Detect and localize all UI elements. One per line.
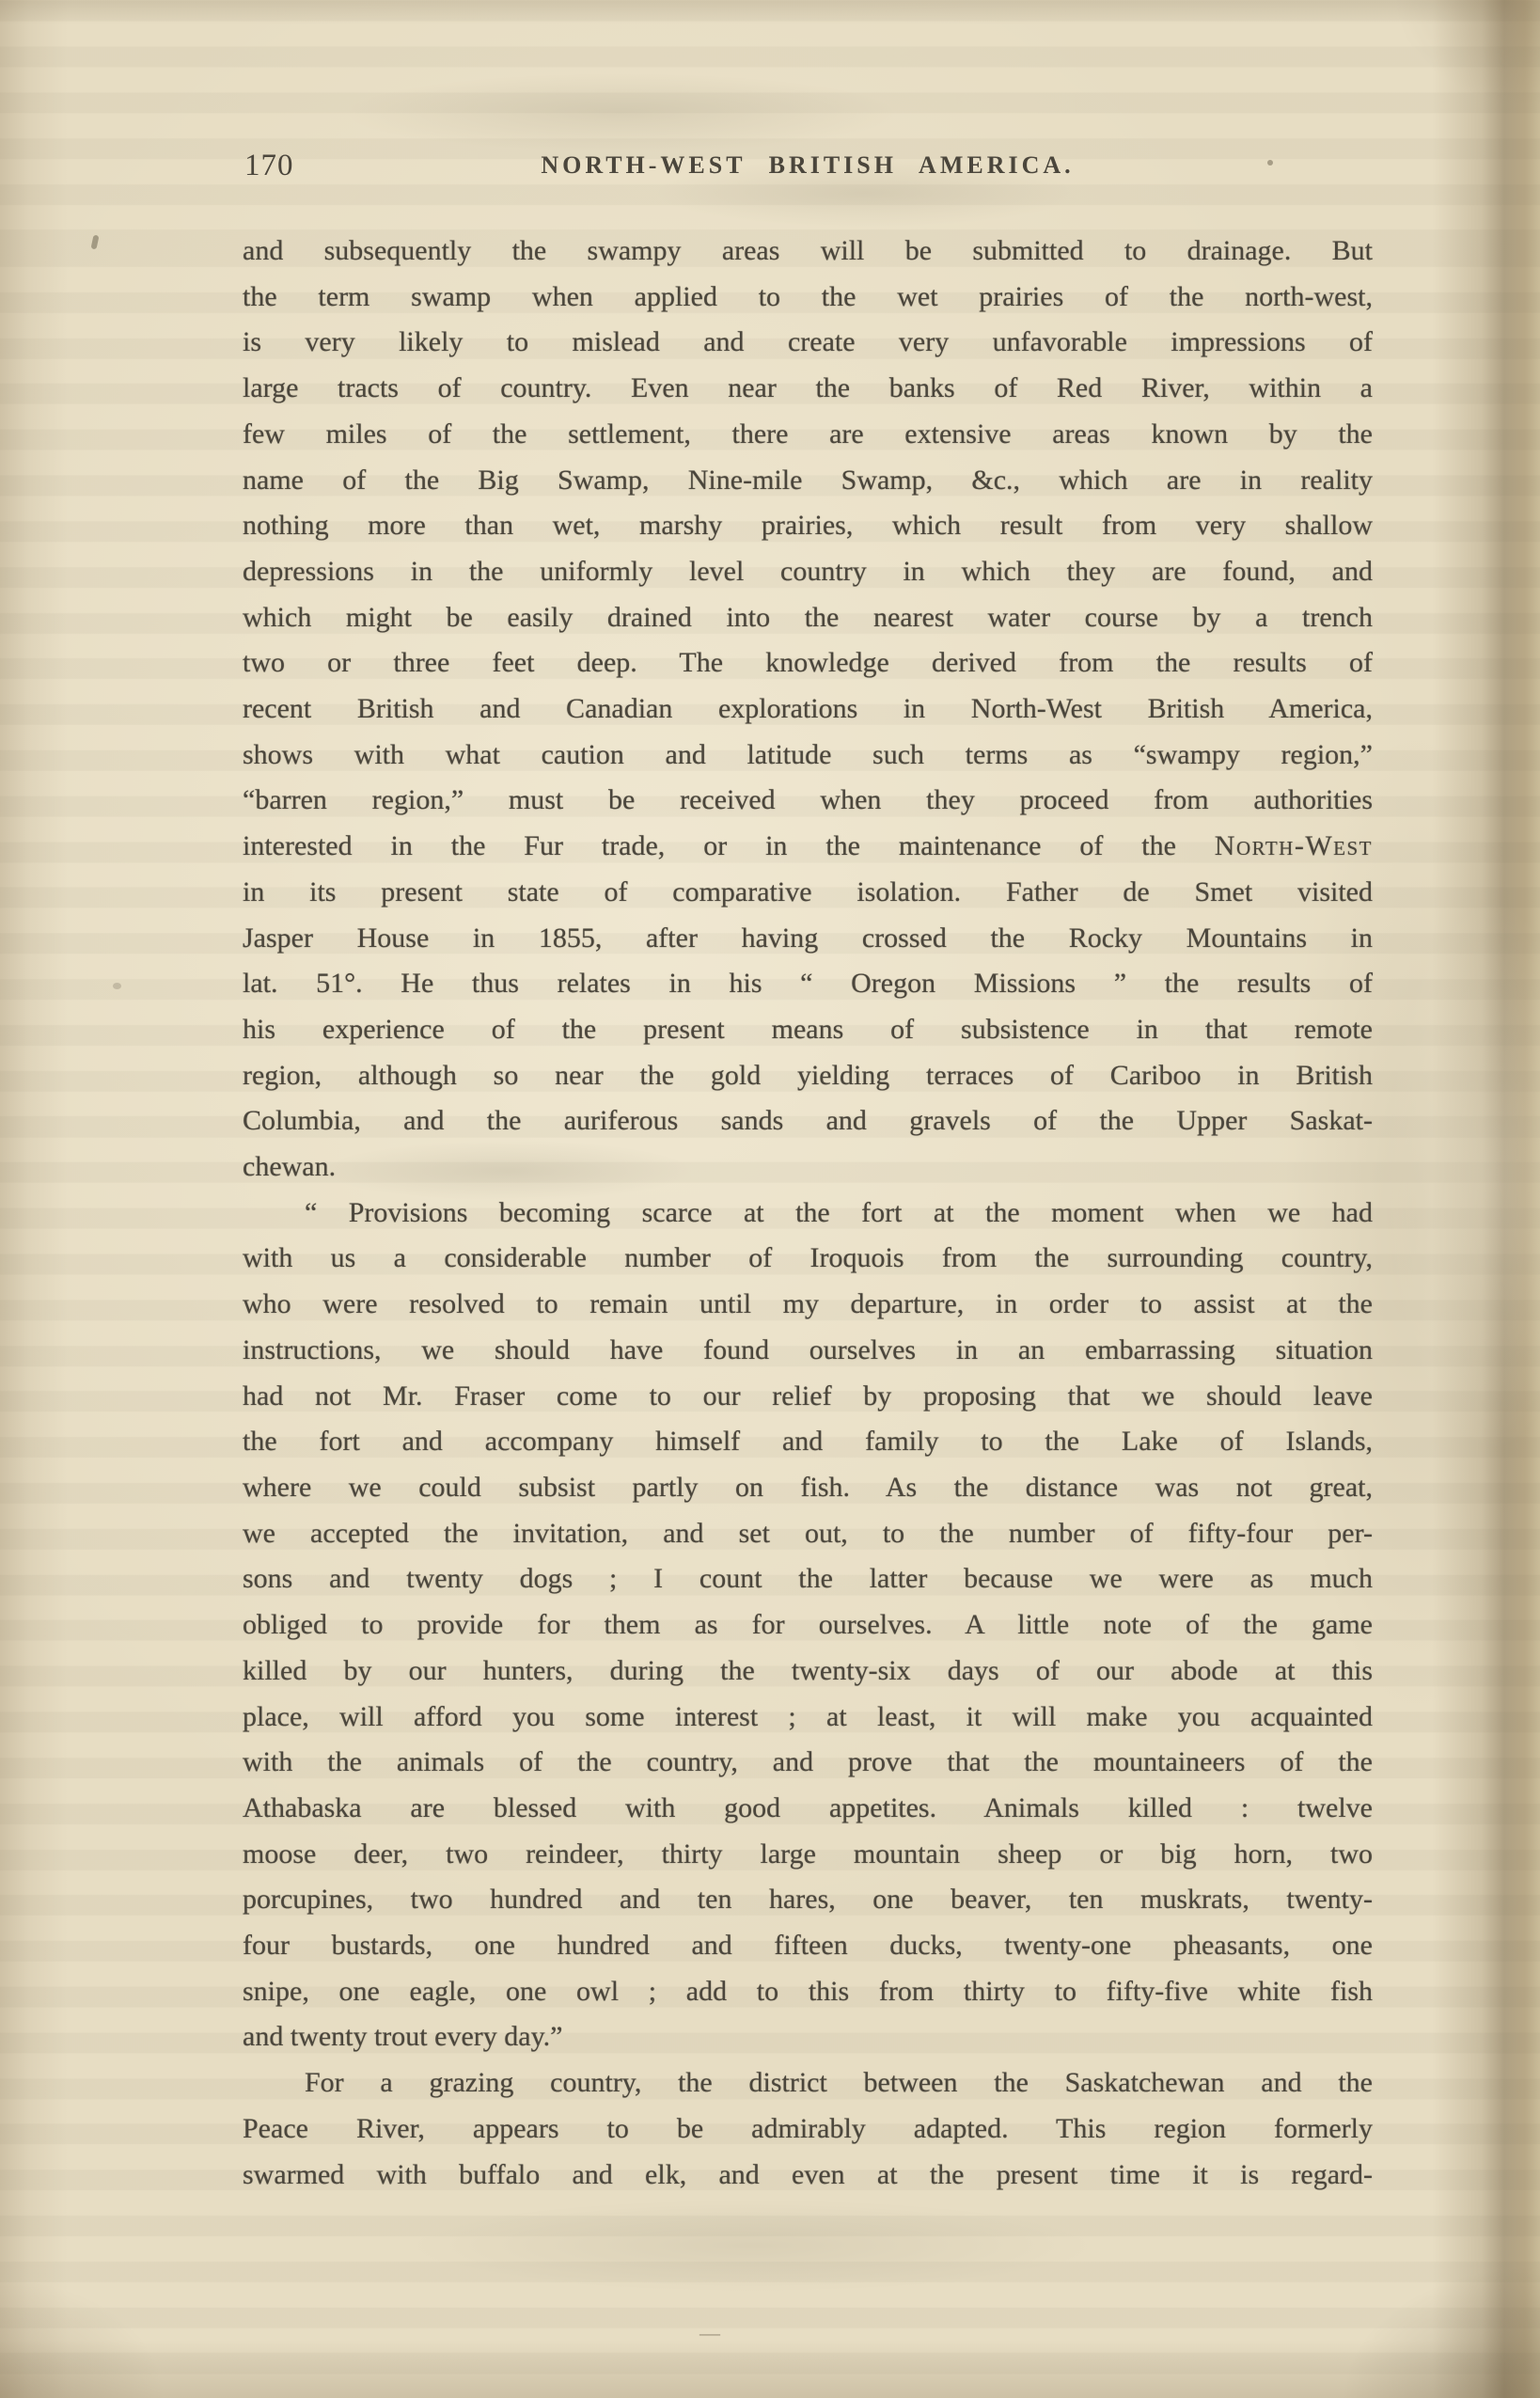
text-line: is very likely to mislead and create ver…	[243, 320, 1373, 366]
text-line: Athabaska are blessed with good appetite…	[243, 1786, 1373, 1832]
book-page: 170 NORTH-WEST BRITISH AMERICA. and subs…	[0, 0, 1540, 2398]
running-title: NORTH-WEST BRITISH AMERICA.	[243, 147, 1373, 180]
text-line: recent British and Canadian explorations…	[243, 686, 1373, 733]
text-line: snipe, one eagle, one owl ; add to this …	[243, 1969, 1373, 2015]
text-line: moose deer, two reindeer, thirty large m…	[243, 1832, 1373, 1878]
text-line: where we could subsist partly on fish. A…	[243, 1465, 1373, 1511]
text-line: large tracts of country. Even near the b…	[243, 366, 1373, 412]
text-line: obliged to provide for them as for ourse…	[243, 1602, 1373, 1649]
page-number: 170	[244, 149, 294, 183]
ink-speck	[113, 983, 121, 989]
text-line: For a grazing country, the district betw…	[243, 2060, 1373, 2106]
text-line: sons and twenty dogs ; I count the latte…	[243, 1556, 1373, 1602]
text-line: with the animals of the country, and pro…	[243, 1740, 1373, 1786]
bottom-mark: —	[699, 2321, 720, 2345]
text-line: swarmed with buffalo and elk, and even a…	[243, 2153, 1373, 2199]
text-line: four bustards, one hundred and fifteen d…	[243, 1923, 1373, 1969]
text-line: two or three feet deep. The knowledge de…	[243, 640, 1373, 686]
text-line: name of the Big Swamp, Nine-mile Swamp, …	[243, 458, 1373, 504]
text-line: the fort and accompany himself and famil…	[243, 1419, 1373, 1465]
text-line: in its present state of comparative isol…	[243, 870, 1373, 916]
text-line: Peace River, appears to be admirably ada…	[243, 2106, 1373, 2153]
text-line: Columbia, and the auriferous sands and g…	[243, 1098, 1373, 1144]
text-line: which might be easily drained into the n…	[243, 595, 1373, 641]
text-line: depressions in the uniformly level count…	[243, 549, 1373, 595]
text-line: place, will afford you some interest ; a…	[243, 1695, 1373, 1741]
text-line: chewan.	[243, 1144, 1373, 1191]
text-line: his experience of the present means of s…	[243, 1007, 1373, 1053]
text-line: had not Mr. Fraser come to our relief by…	[243, 1374, 1373, 1420]
text-line: region, although so near the gold yieldi…	[243, 1053, 1373, 1099]
text-line: “ Provisions becoming scarce at the fort…	[243, 1191, 1373, 1237]
text-block: and subsequently the swampy areas will b…	[243, 229, 1373, 2198]
text-line: we accepted the invitation, and set out,…	[243, 1511, 1373, 1557]
text-line: and subsequently the swampy areas will b…	[243, 229, 1373, 275]
text-line: interested in the Fur trade, or in the m…	[243, 824, 1373, 870]
text-line: lat. 51°. He thus relates in his “ Orego…	[243, 961, 1373, 1007]
text-line: the term swamp when applied to the wet p…	[243, 275, 1373, 321]
text-line: shows with what caution and latitude suc…	[243, 733, 1373, 779]
text-line: porcupines, two hundred and ten hares, o…	[243, 1877, 1373, 1923]
text-line: “barren region,” must be received when t…	[243, 778, 1373, 824]
text-line: instructions, we should have found ourse…	[243, 1328, 1373, 1374]
text-line: killed by our hunters, during the twenty…	[243, 1649, 1373, 1695]
text-line: who were resolved to remain until my dep…	[243, 1282, 1373, 1328]
small-caps-text: North-West	[1215, 830, 1373, 861]
text-line: nothing more than wet, marshy prairies, …	[243, 503, 1373, 549]
text-line: few miles of the settlement, there are e…	[243, 412, 1373, 458]
text-line: and twenty trout every day.”	[243, 2014, 1373, 2060]
page-header: 170 NORTH-WEST BRITISH AMERICA.	[243, 147, 1373, 188]
text-line: with us a considerable number of Iroquoi…	[243, 1236, 1373, 1282]
text-line: Jasper House in 1855, after having cross…	[243, 916, 1373, 962]
